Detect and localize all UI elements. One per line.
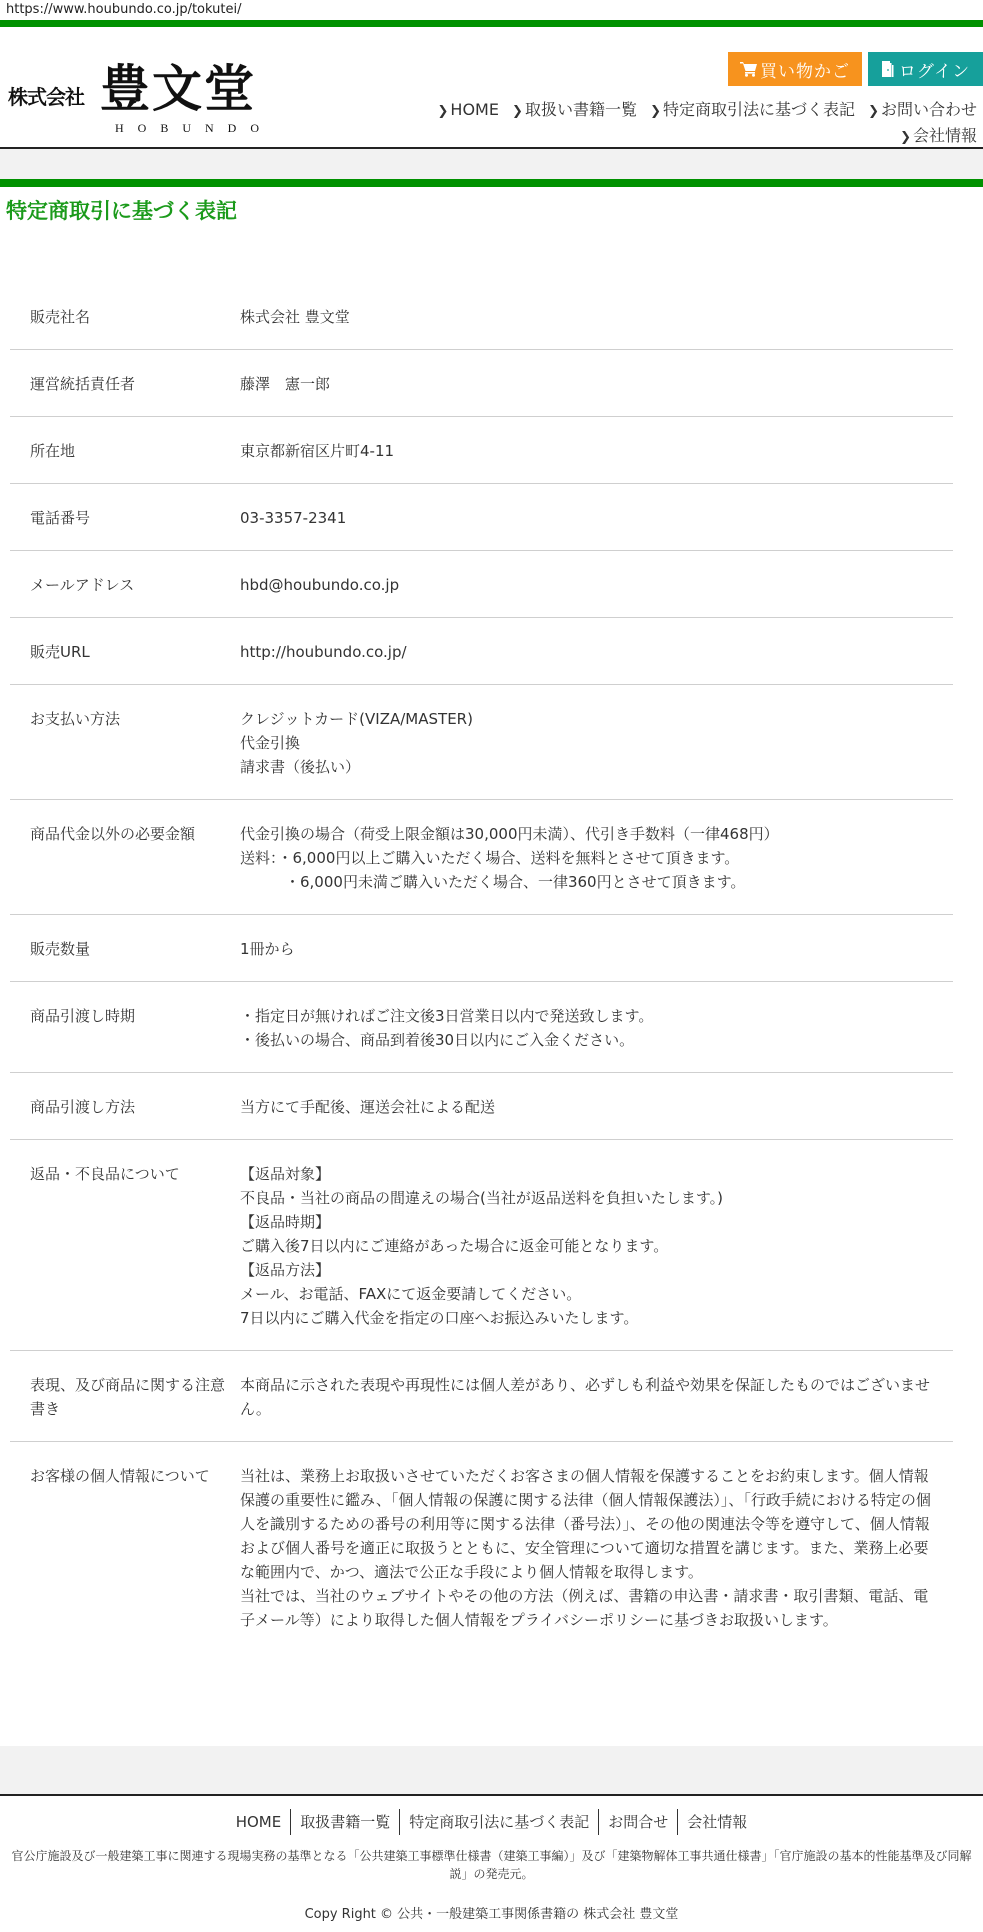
footer-grey-band bbox=[0, 1746, 983, 1796]
spec-key: 販売URL bbox=[10, 640, 240, 664]
spec-key: 商品代金以外の必要金額 bbox=[10, 822, 240, 894]
door-login-icon bbox=[881, 60, 897, 78]
spec-row-disclaimer: 表現、及び商品に関する注意書き 本商品に示された表現や再現性には個人差があり、必… bbox=[10, 1351, 953, 1442]
footer-publisher-note: 官公庁施設及び一般建築工事に関連する現場実務の基準となる「公共建築工事標準仕様書… bbox=[0, 1835, 983, 1883]
spec-value: 1冊から bbox=[240, 937, 953, 961]
nav-company[interactable]: ❯会社情報 bbox=[900, 124, 977, 150]
spec-key: 表現、及び商品に関する注意書き bbox=[10, 1373, 240, 1421]
spec-row-manager: 運営統括責任者 藤澤 憲一郎 bbox=[10, 350, 953, 417]
spec-row-seller: 販売社名 株式会社 豊文堂 bbox=[10, 283, 953, 350]
nav-tokutei[interactable]: ❯特定商取引法に基づく表記 bbox=[650, 98, 855, 124]
spec-value: 当社は、業務上お取扱いさせていただくお客さまの個人情報を保護することをお約束しま… bbox=[240, 1464, 953, 1632]
spec-row-phone: 電話番号 03-3357-2341 bbox=[10, 484, 953, 551]
footer-nav-home[interactable]: HOME bbox=[227, 1809, 291, 1835]
chevron-right-icon: ❯ bbox=[900, 130, 911, 145]
spec-key: 運営統括責任者 bbox=[10, 372, 240, 396]
login-label: ログイン bbox=[899, 57, 970, 82]
spec-value: 当方にて手配後、運送会社による配送 bbox=[240, 1095, 953, 1119]
footer-nav-book-list[interactable]: 取扱書籍一覧 bbox=[290, 1809, 399, 1835]
cart-icon bbox=[740, 61, 758, 77]
spec-value: 本商品に示された表現や再現性には個人差があり、必ずしも利益や効果を保証したもので… bbox=[240, 1373, 953, 1421]
spec-value: 【返品対象】 不良品・当社の商品の間違えの場合(当社が返品送料を負担いたします。… bbox=[240, 1162, 953, 1330]
title-green-bar bbox=[0, 179, 983, 187]
chevron-right-icon: ❯ bbox=[868, 104, 879, 119]
spec-key: 返品・不良品について bbox=[10, 1162, 240, 1330]
spec-row-address: 所在地 東京都新宿区片町4-11 bbox=[10, 417, 953, 484]
footer-nav-tokutei[interactable]: 特定商取引法に基づく表記 bbox=[399, 1809, 598, 1835]
spec-row-delivery-method: 商品引渡し方法 当方にて手配後、運送会社による配送 bbox=[10, 1073, 953, 1140]
top-green-bar bbox=[0, 20, 983, 27]
spec-row-returns: 返品・不良品について 【返品対象】 不良品・当社の商品の間違えの場合(当社が返品… bbox=[10, 1140, 953, 1351]
spec-key: 販売数量 bbox=[10, 937, 240, 961]
copyright: Copy Right © 公共・一般建築工事関係書籍の 株式会社 豊文堂 bbox=[0, 1883, 983, 1932]
logo-prefix: 株式会社 bbox=[8, 81, 84, 110]
spec-value: http://houbundo.co.jp/ bbox=[240, 640, 953, 664]
spec-key: 商品引渡し時期 bbox=[10, 1004, 240, 1052]
spec-value: 東京都新宿区片町4-11 bbox=[240, 439, 953, 463]
spec-row-email: メールアドレス hbd@houbundo.co.jp bbox=[10, 551, 953, 618]
cart-label: 買い物かご bbox=[760, 57, 850, 82]
header-grey-strip bbox=[0, 149, 983, 179]
spec-key: 所在地 bbox=[10, 439, 240, 463]
spec-row-privacy: お客様の個人情報について 当社は、業務上お取扱いさせていただくお客さまの個人情報… bbox=[10, 1442, 953, 1652]
spec-key: お客様の個人情報について bbox=[10, 1464, 240, 1632]
logo-name: 豊文堂 bbox=[100, 61, 256, 117]
spec-key: メールアドレス bbox=[10, 573, 240, 597]
spec-row-extra-fees: 商品代金以外の必要金額 代金引換の場合（荷受上限金額は30,000円未満）、代引… bbox=[10, 800, 953, 915]
chevron-right-icon: ❯ bbox=[650, 104, 661, 119]
spec-row-payment: お支払い方法 クレジットカード(VIZA/MASTER) 代金引換 請求書（後払… bbox=[10, 685, 953, 800]
company-logo[interactable]: 株式会社 豊文堂 HOBUNDO bbox=[8, 61, 258, 133]
spec-key: 商品引渡し方法 bbox=[10, 1095, 240, 1119]
nav-contact[interactable]: ❯お問い合わせ bbox=[868, 98, 977, 124]
chevron-right-icon: ❯ bbox=[512, 104, 523, 119]
footer-nav-company[interactable]: 会社情報 bbox=[677, 1809, 756, 1835]
nav-home[interactable]: ❯HOME bbox=[438, 98, 499, 124]
spec-value: ・指定日が無ければご注文後3日営業日以内で発送致します。 ・後払いの場合、商品到… bbox=[240, 1004, 953, 1052]
page-title: 特定商取引に基づく表記 bbox=[0, 187, 983, 233]
header-nav: ❯HOME ❯取扱い書籍一覧 ❯特定商取引法に基づく表記 ❯お問い合わせ ❯会社… bbox=[417, 98, 977, 150]
footer-nav-contact[interactable]: お問合せ bbox=[598, 1809, 677, 1835]
site-footer: HOME取扱書籍一覧特定商取引法に基づく表記お問合せ会社情報 官公庁施設及び一般… bbox=[0, 1796, 983, 1932]
footer-nav: HOME取扱書籍一覧特定商取引法に基づく表記お問合せ会社情報 bbox=[0, 1796, 983, 1835]
logo-roman: HOBUNDO bbox=[115, 121, 273, 136]
spec-value: 藤澤 憲一郎 bbox=[240, 372, 953, 396]
nav-book-list[interactable]: ❯取扱い書籍一覧 bbox=[512, 98, 637, 124]
spec-value: hbd@houbundo.co.jp bbox=[240, 573, 953, 597]
spec-value: 株式会社 豊文堂 bbox=[240, 305, 953, 329]
site-header: 株式会社 豊文堂 HOBUNDO 買い物かご ログイン ❯HOME ❯取扱い書籍… bbox=[0, 27, 983, 149]
chevron-right-icon: ❯ bbox=[438, 104, 449, 119]
spec-key: 販売社名 bbox=[10, 305, 240, 329]
spec-value: 03-3357-2341 bbox=[240, 506, 953, 530]
spec-row-url: 販売URL http://houbundo.co.jp/ bbox=[10, 618, 953, 685]
spec-row-delivery-time: 商品引渡し時期 ・指定日が無ければご注文後3日営業日以内で発送致します。 ・後払… bbox=[10, 982, 953, 1073]
spec-key: お支払い方法 bbox=[10, 707, 240, 779]
spec-value: 代金引換の場合（荷受上限金額は30,000円未満）、代引き手数料（一律468円）… bbox=[240, 822, 953, 894]
browser-url-bar[interactable]: https://www.houbundo.co.jp/tokutei/ bbox=[0, 0, 983, 20]
login-button[interactable]: ログイン bbox=[868, 52, 983, 86]
spec-key: 電話番号 bbox=[10, 506, 240, 530]
header-buttons: 買い物かご ログイン bbox=[728, 52, 983, 86]
spec-value: クレジットカード(VIZA/MASTER) 代金引換 請求書（後払い） bbox=[240, 707, 953, 779]
spec-row-quantity: 販売数量 1冊から bbox=[10, 915, 953, 982]
cart-button[interactable]: 買い物かご bbox=[728, 52, 862, 86]
tokutei-spec-table: 販売社名 株式会社 豊文堂 運営統括責任者 藤澤 憲一郎 所在地 東京都新宿区片… bbox=[10, 283, 953, 1652]
